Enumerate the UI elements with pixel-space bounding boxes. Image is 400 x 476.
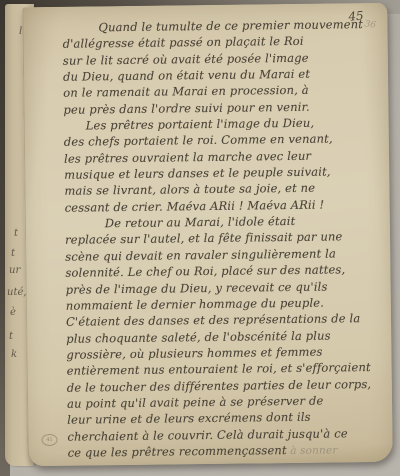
gutter-fragment: ur <box>9 265 20 276</box>
faint-line-ending: à sonner <box>287 444 338 457</box>
gutter-fragment: t <box>11 248 15 259</box>
gutter-fragment: t <box>9 331 13 342</box>
manuscript-line: ce que les prêtres recommençassent à son… <box>68 441 387 461</box>
gutter-fragment: è <box>10 307 16 318</box>
gutter-fragment: k <box>11 349 17 360</box>
gutter-fragment: uté, <box>7 287 27 298</box>
manuscript-photo: le t t ur uté, è t k 45 36 Quand le tumu… <box>0 0 400 476</box>
gutter-fragment: t <box>14 228 18 239</box>
manuscript-page: 45 36 Quand le tumulte de ce premier mou… <box>22 3 393 466</box>
text-block: Quand le tumulte de ce premier mouvement… <box>23 3 393 462</box>
